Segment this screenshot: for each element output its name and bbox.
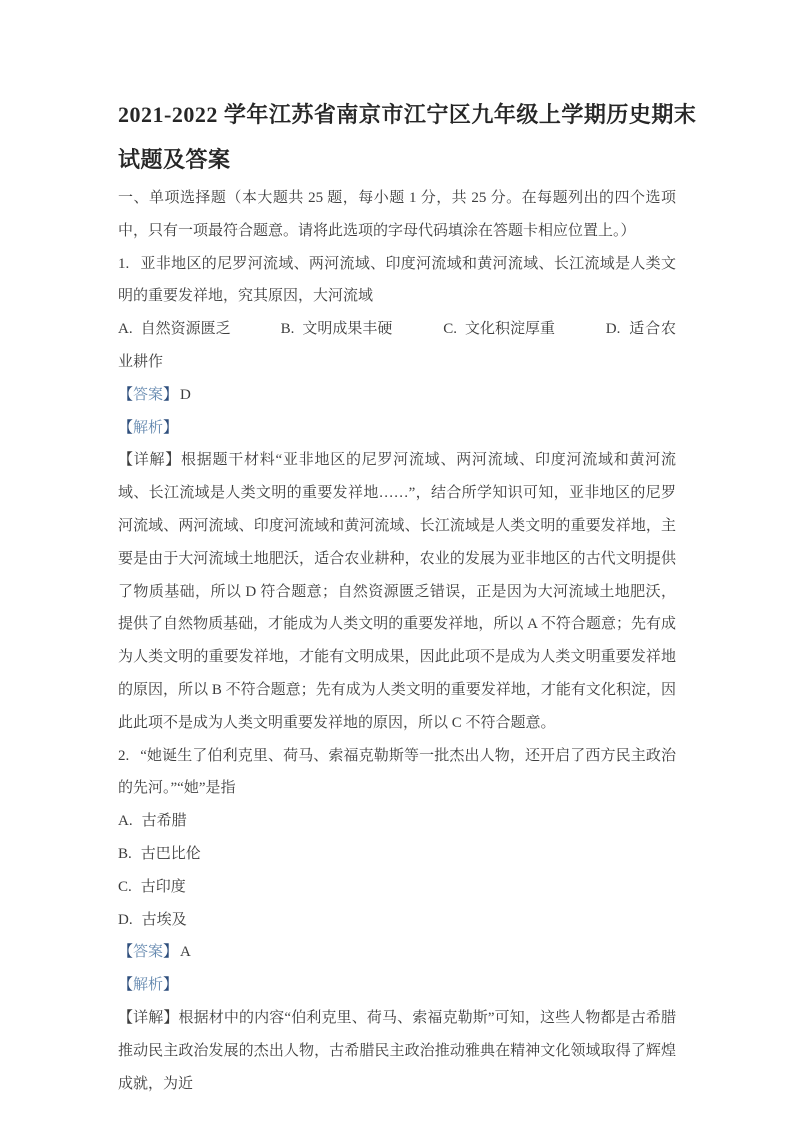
option-b-text: 文明成果丰硬 [302,321,392,337]
document-title: 2021-2022 学年江苏省南京市江宁区九年级上学期历史期末试题及答案 [118,92,703,182]
option-c-text: 古印度 [141,879,186,895]
detail-tag: 【详解】 [118,452,181,468]
detail-tag: 【详解】 [118,1010,179,1026]
question-1-detail-line: 【详解】根据题干材料“亚非地区的尼罗河流域、两河流域、印度河流域和黄河流域、长江… [118,444,676,739]
option-a-text: 自然资源匮乏 [141,321,231,337]
question-2-stem-line: 2.“她诞生了伯利克里、荷马、索福克勒斯等一批杰出人物，还开启了西方民主政治的先… [118,740,676,806]
document-body: 一、单项选择题（本大题共 25 题，每小题 1 分，共 25 分。在每题列出的四… [118,182,676,1100]
option-b-text: 古巴比伦 [141,846,201,862]
question-1-option-b: B.文明成果丰硬 [281,313,444,346]
question-1-detail: 根据题干材料“亚非地区的尼罗河流域、两河流域、印度河流域和黄河流域、长江流域是人… [118,452,676,730]
option-c-label: C. [443,321,457,337]
question-1-answer-line: 【答案】D [118,379,676,412]
question-2-option-a: A.古希腊 [118,805,676,838]
option-d-label: D. [118,912,133,928]
option-b-label: B. [118,846,132,862]
option-d-text: 古埃及 [142,912,187,928]
option-a-label: A. [118,321,133,337]
option-b-label: B. [281,321,295,337]
question-2-option-d: D.古埃及 [118,904,676,937]
option-a-label: A. [118,813,133,829]
question-1: 1.亚非地区的尼罗河流域、两河流域、印度河流域和黄河流域、长江流域是人类文明的重… [118,248,676,740]
option-a-text: 古希腊 [142,813,187,829]
question-1-stem: 亚非地区的尼罗河流域、两河流域、印度河流域和黄河流域、长江流域是人类文明的重要发… [118,256,676,305]
question-2-answer: A [180,944,191,960]
question-1-analysis-line: 【解析】 [118,412,676,445]
question-1-options-row: A.自然资源匮乏B.文明成果丰硬C.文化积淀厚重D.适合农业耕作 [118,313,676,379]
analysis-tag: 【解析】 [118,977,178,993]
document-content: 2021-2022 学年江苏省南京市江宁区九年级上学期历史期末试题及答案 一、单… [118,0,676,1100]
option-c-text: 文化积淀厚重 [465,321,555,337]
question-2-stem: “她诞生了伯利克里、荷马、索福克勒斯等一批杰出人物，还开启了西方民主政治的先河。… [118,748,676,797]
section-heading: 一、单项选择题（本大题共 25 题，每小题 1 分，共 25 分。在每题列出的四… [118,182,676,248]
answer-tag: 【答案】 [118,944,178,960]
question-2-option-b: B.古巴比伦 [118,838,676,871]
question-2-answer-line: 【答案】A [118,936,676,969]
answer-tag: 【答案】 [118,387,178,403]
question-2-detail: 根据材中的内容“伯利克里、荷马、索福克勒斯”可知，这些人物都是古希腊推动民主政治… [118,1010,676,1092]
question-2: 2.“她诞生了伯利克里、荷马、索福克勒斯等一批杰出人物，还开启了西方民主政治的先… [118,740,676,1101]
question-1-number: 1. [118,256,129,272]
analysis-tag: 【解析】 [118,420,178,436]
question-2-option-c: C.古印度 [118,871,676,904]
question-1-answer: D [180,387,191,403]
question-2-detail-line: 【详解】根据材中的内容“伯利克里、荷马、索福克勒斯”可知，这些人物都是古希腊推动… [118,1002,676,1100]
question-1-option-c: C.文化积淀厚重 [443,313,606,346]
question-1-option-a: A.自然资源匮乏 [118,313,281,346]
option-d-label: D. [606,321,621,337]
option-c-label: C. [118,879,132,895]
question-2-number: 2. [118,748,129,764]
exam-document-page: 2021-2022 学年江苏省南京市江宁区九年级上学期历史期末试题及答案 一、单… [0,0,793,1122]
question-2-analysis-line: 【解析】 [118,969,676,1002]
question-1-stem-line: 1.亚非地区的尼罗河流域、两河流域、印度河流域和黄河流域、长江流域是人类文明的重… [118,248,676,314]
